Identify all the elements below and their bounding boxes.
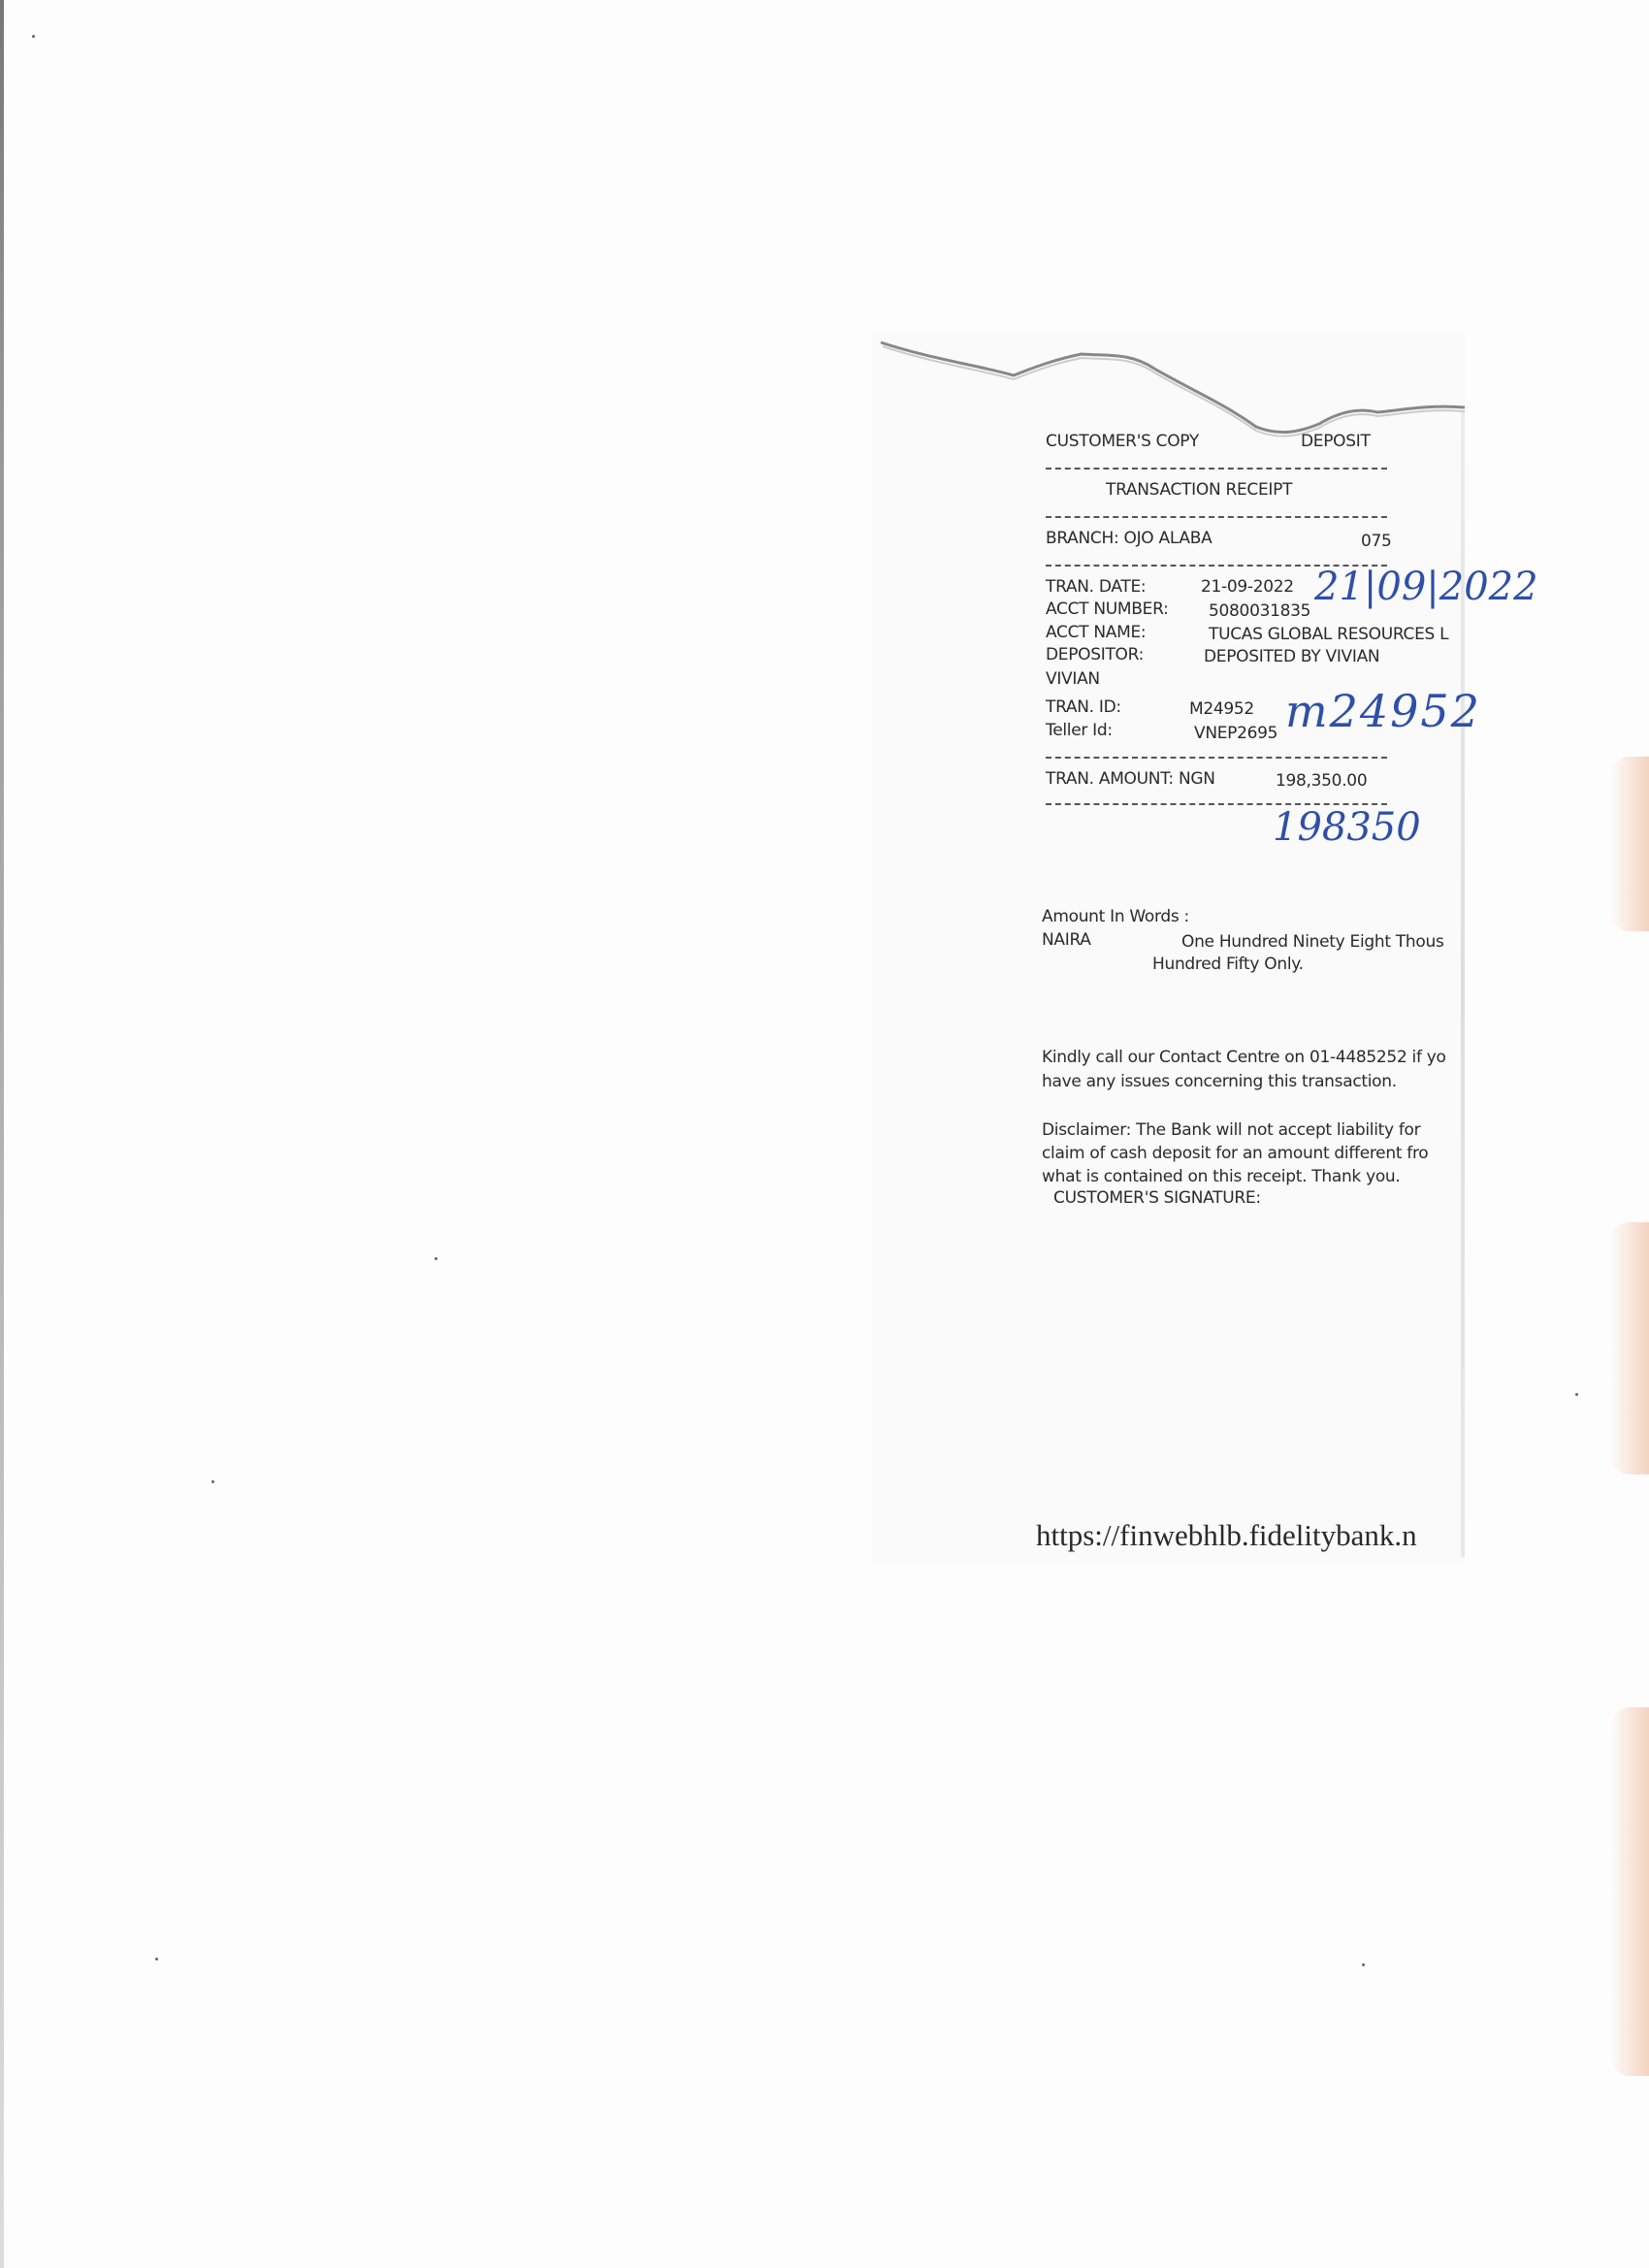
scan-speck	[155, 1958, 158, 1960]
divider	[1046, 757, 1387, 759]
scan-speck	[435, 1257, 437, 1260]
branch-label: BRANCH: OJO ALABA	[1046, 531, 1212, 547]
divider	[1046, 516, 1387, 518]
teller-id: VNEP2695	[1194, 726, 1277, 742]
scan-speck	[32, 35, 35, 38]
amount-words-label: Amount In Words :	[1042, 909, 1189, 925]
divider	[1046, 468, 1387, 470]
depositor: DEPOSITED BY VIVIAN	[1204, 649, 1379, 665]
branch-code: 075	[1361, 534, 1392, 550]
tran-date: 21-09-2022	[1201, 579, 1294, 596]
field-label: TRAN. DATE:	[1046, 579, 1146, 596]
field-label: ACCT NUMBER:	[1046, 601, 1169, 618]
paper-stain	[1610, 757, 1649, 931]
scan-speck	[1575, 1393, 1578, 1396]
receipt-title: TRANSACTION RECEIPT	[1106, 482, 1292, 499]
paper-stain	[1610, 1222, 1649, 1474]
scan-speck	[1362, 1963, 1365, 1966]
handwritten-date: 21|09|2022	[1314, 567, 1538, 606]
disclaimer-line1: Disclaimer: The Bank will not accept lia…	[1042, 1122, 1420, 1139]
scan-speck	[211, 1480, 214, 1483]
amount-words-line2: Hundred Fifty Only.	[1152, 956, 1304, 973]
tran-id: M24952	[1189, 701, 1254, 718]
amount-value: 198,350.00	[1276, 773, 1367, 790]
torn-edge	[873, 335, 1474, 441]
disclaimer-line3: what is contained on this receipt. Thank…	[1042, 1169, 1401, 1185]
acct-number: 5080031835	[1209, 603, 1310, 620]
paper-stain	[1610, 1707, 1649, 2076]
contact-line1: Kindly call our Contact Centre on 01-448…	[1042, 1050, 1446, 1066]
currency-word: NAIRA	[1042, 932, 1091, 949]
handwritten-amount: 198350	[1273, 808, 1421, 847]
depositor-name-wrap: VIVIAN	[1046, 671, 1100, 688]
handwritten-tran-id: m24952	[1285, 689, 1481, 733]
transaction-type: DEPOSIT	[1301, 434, 1371, 450]
scan-left-edge	[0, 0, 4, 2268]
field-label: ACCT NAME:	[1046, 625, 1146, 641]
field-label: TRAN. ID:	[1046, 699, 1121, 716]
signature-label: CUSTOMER'S SIGNATURE:	[1053, 1190, 1261, 1207]
contact-line2: have any issues concerning this transact…	[1042, 1074, 1397, 1090]
acct-name: TUCAS GLOBAL RESOURCES L	[1209, 627, 1448, 643]
field-label: DEPOSITOR:	[1046, 647, 1144, 664]
field-label: Teller Id:	[1046, 723, 1113, 739]
deposit-receipt: CUSTOMER'S COPY DEPOSIT TRANSACTION RECE…	[873, 335, 1465, 1562]
disclaimer-line2: claim of cash deposit for an amount diff…	[1042, 1146, 1428, 1162]
bank-url: https://finwebhlb.fidelitybank.n	[1036, 1518, 1417, 1553]
copy-label: CUSTOMER'S COPY	[1046, 434, 1199, 450]
amount-label: TRAN. AMOUNT: NGN	[1046, 771, 1215, 788]
amount-words-line1: One Hundred Ninety Eight Thous	[1181, 934, 1444, 951]
